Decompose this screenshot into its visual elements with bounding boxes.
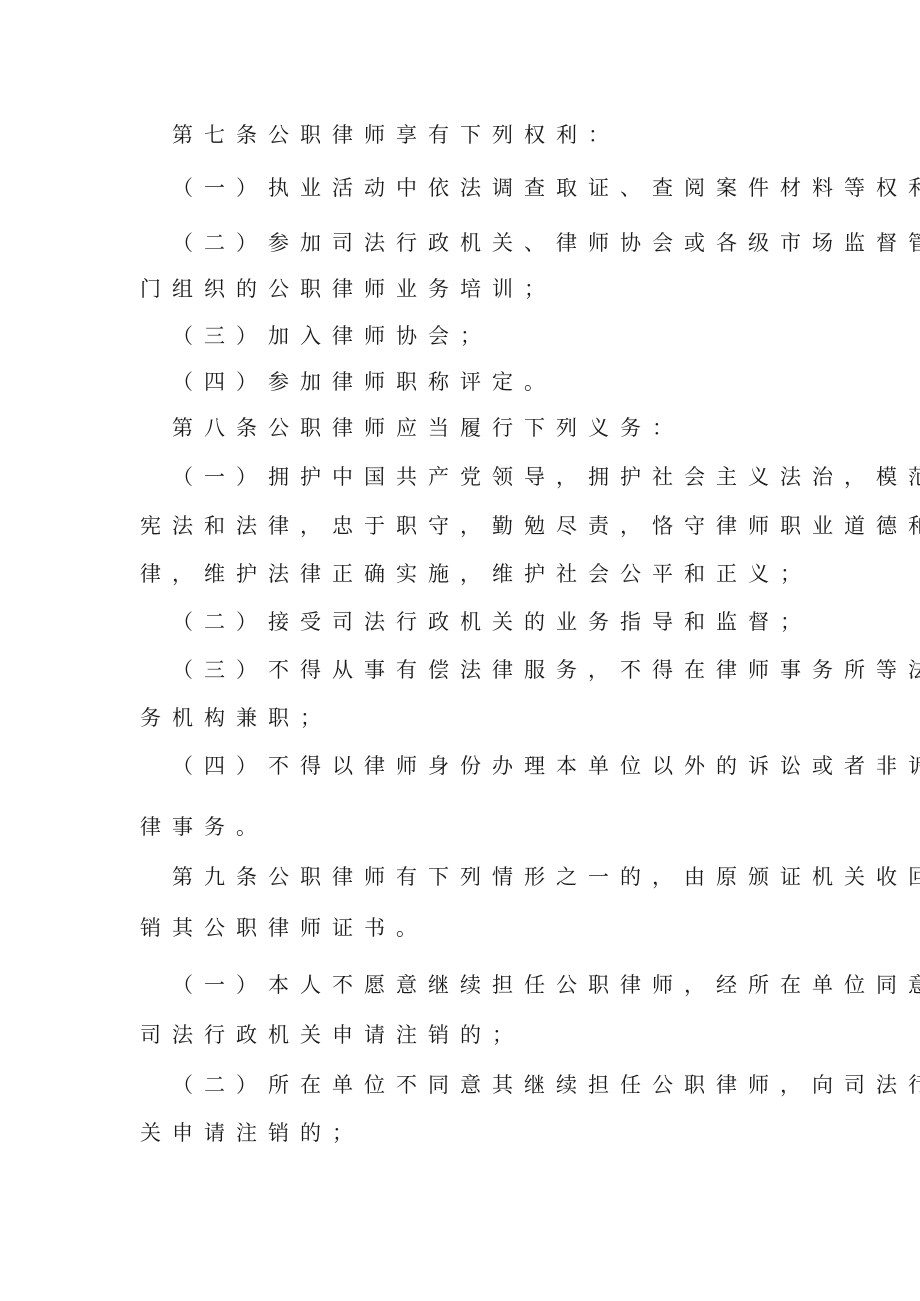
article-8-item-2: （二）接受司法行政机关的业务指导和监督； [172,610,812,634]
article-9-item-2-cont: 关申请注销的； [140,1121,364,1145]
article-8-heading: 第八条公职律师应当履行下列义务： [172,416,684,440]
article-8-item-4-cont: 律事务。 [140,815,268,839]
article-8-item-4: （四）不得以律师身份办理本单位以外的诉讼或者非诉讼法 [172,754,920,778]
article-9-heading: 第九条公职律师有下列情形之一的，由原颁证机关收回、注 [172,865,920,889]
article-8-item-1-cont-2: 律，维护法律正确实施，维护社会公平和正义； [140,562,812,586]
article-9-item-1: （一）本人不愿意继续担任公职律师，经所在单位同意后向 [172,973,920,997]
article-7-heading: 第七条公职律师享有下列权利： [172,123,620,147]
document-page: 第七条公职律师享有下列权利： （一）执业活动中依法调查取证、查阅案件材料等权利；… [0,0,920,1301]
article-7-item-3: （三）加入律师协会； [172,324,492,348]
article-9-item-1-cont: 司法行政机关申请注销的； [140,1023,524,1047]
article-8-item-1: （一）拥护中国共产党领导，拥护社会主义法治，模范遵守 [172,465,920,489]
article-8-item-3: （三）不得从事有偿法律服务，不得在律师事务所等法律服 [172,658,920,682]
article-7-item-2-cont: 门组织的公职律师业务培训； [140,277,556,301]
article-8-item-1-cont-1: 宪法和法律，忠于职守，勤勉尽责，恪守律师职业道德和执业纪 [140,514,920,538]
article-7-item-2: （二）参加司法行政机关、律师协会或各级市场监督管理部 [172,231,920,255]
article-9-heading-cont: 销其公职律师证书。 [140,916,428,940]
article-9-item-2: （二）所在单位不同意其继续担任公职律师，向司法行政机 [172,1073,920,1097]
article-7-item-4: （四）参加律师职称评定。 [172,370,556,394]
article-7-item-1: （一）执业活动中依法调查取证、查阅案件材料等权利； [172,176,920,200]
article-8-item-3-cont: 务机构兼职； [140,706,332,730]
